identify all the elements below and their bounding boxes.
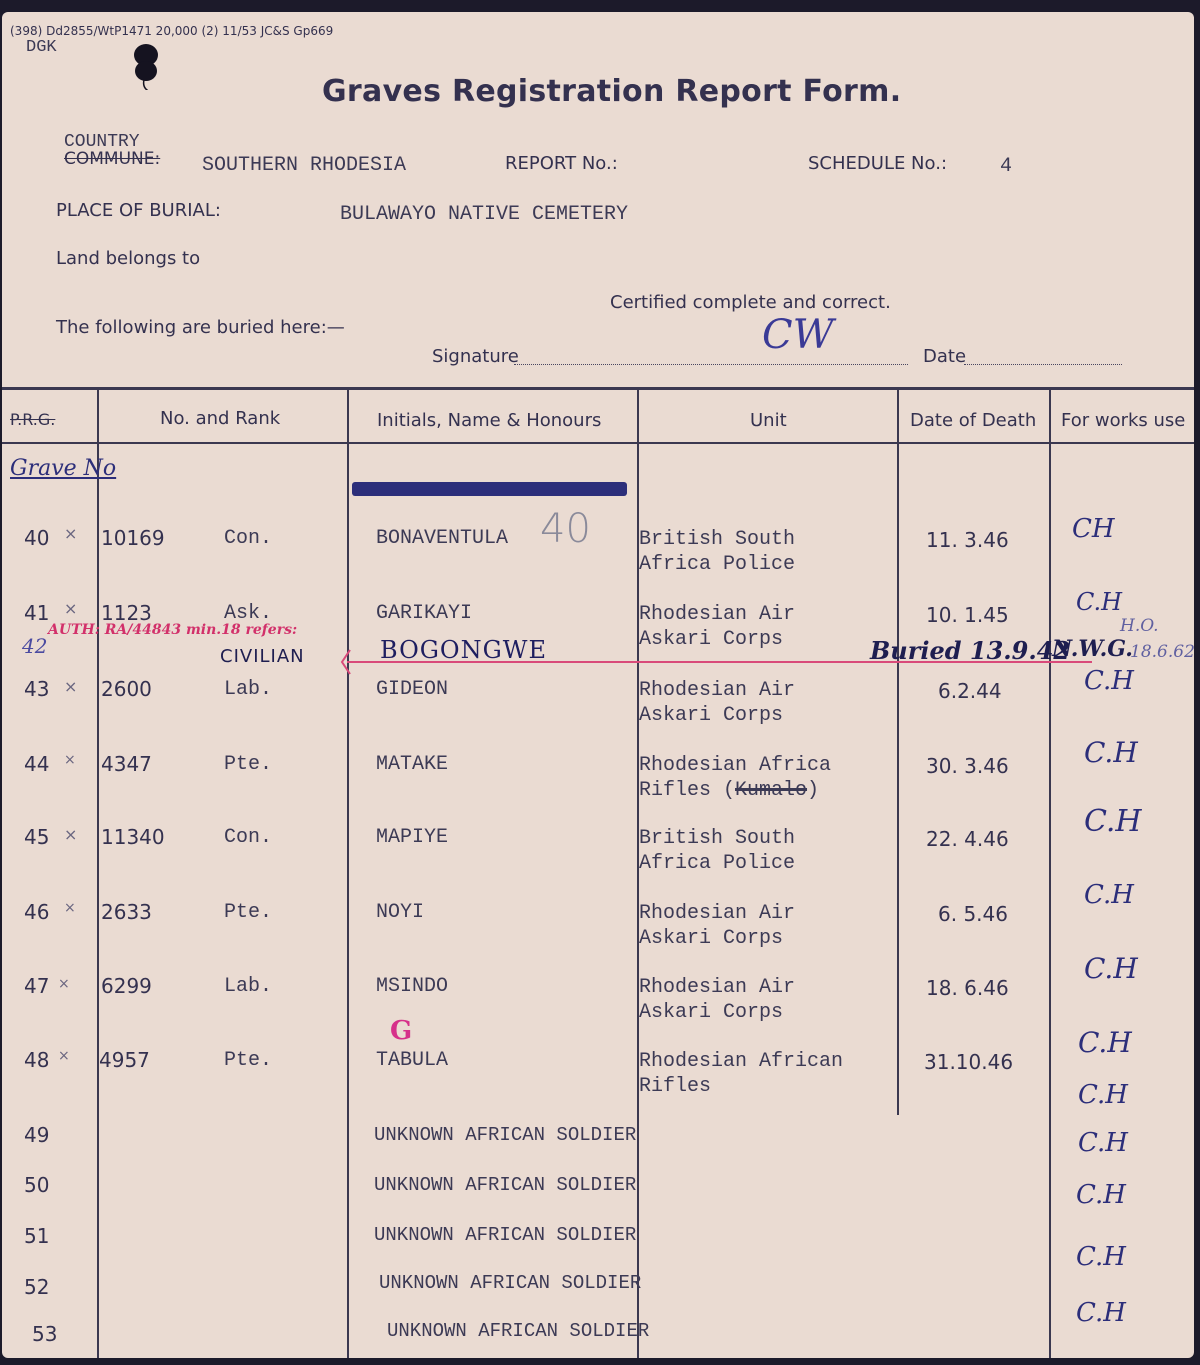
unit: Rhodesian Africa Rifles (Kumalo) [639, 753, 831, 803]
name: GARIKAYI [376, 602, 472, 625]
grave-number: 42 [22, 634, 47, 658]
grave-number: 49 [24, 1123, 49, 1147]
burial-date-note: Buried 13.9.42 [870, 636, 1070, 665]
unit: British SouthAfrica Police [639, 527, 795, 577]
check-mark: × [58, 1048, 70, 1064]
country-value: SOUTHERN RHODESIA [202, 154, 406, 177]
ho-date: 18.6.62 [1130, 642, 1195, 662]
name: UNKNOWN AFRICAN SOLDIER [379, 1272, 641, 1294]
authority-note: AUTH: RA/44843 min.18 refers: [48, 622, 297, 638]
unit-line-2: Askari Corps [639, 703, 795, 728]
rank: Pte. [224, 753, 272, 776]
scribbled-out-entry [352, 482, 627, 496]
header-bottom-rule [2, 442, 1194, 444]
col-divider-2 [347, 390, 349, 1358]
works-initials: C.H [1084, 880, 1134, 910]
name-correction-note: G [390, 1016, 412, 1046]
unit: British SouthAfrica Police [639, 826, 795, 876]
rank: Lab. [224, 975, 272, 998]
check-mark: × [64, 752, 76, 768]
report-form-sheet: (398) Dd2855/WtP1471 20,000 (2) 11/53 JC… [2, 12, 1194, 1358]
unit: Rhodesian AfricanRifles [639, 1049, 843, 1099]
name: UNKNOWN AFRICAN SOLDIER [374, 1124, 636, 1146]
name: BOGONGWE [380, 636, 547, 664]
works-initials: C.H [1076, 588, 1122, 616]
date-of-death: 6. 5.46 [938, 902, 1008, 926]
service-number: 6299 [101, 974, 152, 998]
name: MSINDO [376, 975, 448, 998]
header-prg: P.R.G. [10, 410, 55, 429]
works-initials: C.H [1084, 804, 1142, 839]
struck-out-text: Kumalo [735, 779, 807, 802]
rank: Pte. [224, 901, 272, 924]
unit-line-2: Rifles [639, 1074, 843, 1099]
works-initials: C.H [1078, 1026, 1132, 1059]
works-initials: C.H [1076, 1298, 1126, 1328]
works-initials: C.H [1076, 1180, 1126, 1210]
schedule-no-value: 4 [1000, 155, 1012, 178]
grave-no-note: Grave No [10, 456, 116, 481]
civilian-label: CIVILIAN [220, 646, 305, 667]
initials-stamp: DGK [26, 38, 57, 57]
signature-line [514, 364, 908, 365]
rank: Pte. [224, 1049, 272, 1072]
name: BONAVENTULA [376, 527, 508, 550]
works-initials: C.H [1078, 1128, 1128, 1158]
service-number: 2600 [101, 677, 152, 701]
name: MATAKE [376, 753, 448, 776]
buried-here-label: The following are buried here:— [56, 317, 345, 338]
col-divider-4 [897, 390, 899, 1115]
grave-number: 47 [24, 974, 49, 998]
works-initials: C.H [1076, 1242, 1126, 1272]
works-initials: C.H [1084, 736, 1138, 769]
header-unit: Unit [750, 410, 787, 431]
col-divider-1 [97, 390, 99, 1358]
grave-number: 46 [24, 900, 49, 924]
name: NOYI [376, 901, 424, 924]
signature-label: Signature [432, 346, 519, 367]
name: MAPIYE [376, 826, 448, 849]
grave-number: 44 [24, 752, 49, 776]
header-works: For works use [1061, 410, 1185, 431]
works-initials: N.W.G. [1052, 636, 1133, 662]
land-label: Land belongs to [56, 248, 200, 269]
unit-line-2: Rifles (Kumalo) [639, 778, 831, 803]
signature-value: CW [762, 312, 834, 358]
date-label: Date [923, 346, 966, 367]
date-of-death: 10. 1.45 [926, 603, 1009, 627]
check-mark: × [64, 825, 77, 844]
date-of-death: 18. 6.46 [926, 976, 1009, 1000]
unit-line-2: Askari Corps [639, 1000, 795, 1025]
works-initials: C.H [1084, 666, 1134, 696]
name: GIDEON [376, 678, 448, 701]
works-initials: C.H [1084, 952, 1138, 985]
service-number: 4347 [101, 752, 152, 776]
unit-line-1: Rhodesian Air [639, 678, 795, 703]
unit: Rhodesian AirAskari Corps [639, 975, 795, 1025]
form-title: Graves Registration Report Form. [322, 74, 901, 109]
unit-line-1: British South [639, 527, 795, 552]
unit-line-1: Rhodesian Air [639, 602, 795, 627]
arrow-left-icon [340, 648, 352, 676]
unit-line-1: British South [639, 826, 795, 851]
date-of-death: 11. 3.46 [926, 528, 1009, 552]
unit-line-2: Africa Police [639, 851, 795, 876]
grave-number: 51 [24, 1224, 49, 1248]
schedule-no-label: SCHEDULE No.: [808, 153, 947, 174]
service-number: 10169 [101, 526, 165, 550]
grave-number: 53 [32, 1322, 57, 1346]
name: UNKNOWN AFRICAN SOLDIER [387, 1320, 649, 1342]
service-number: 4957 [99, 1048, 150, 1072]
check-mark: × [58, 976, 70, 992]
col-divider-5 [1049, 390, 1051, 1358]
unit-line-1: Rhodesian Air [639, 975, 795, 1000]
rank: Con. [224, 826, 272, 849]
date-of-death: 22. 4.46 [926, 827, 1009, 851]
grave-number: 41 [24, 601, 49, 625]
works-initials: CH [1072, 514, 1115, 544]
header-name: Initials, Name & Honours [377, 410, 601, 431]
unit: Rhodesian AirAskari Corps [639, 678, 795, 728]
grave-number: 50 [24, 1173, 49, 1197]
ho-note: H.O. [1120, 616, 1159, 636]
check-mark: × [64, 524, 77, 543]
date-of-death: 31.10.46 [924, 1050, 1013, 1074]
name-pencil-note: 40 [540, 506, 591, 552]
place-value: BULAWAYO NATIVE CEMETERY [340, 203, 628, 226]
grave-number: 40 [24, 526, 49, 550]
header-date: Date of Death [910, 410, 1036, 431]
date-line [964, 364, 1122, 365]
place-label: PLACE OF BURIAL: [56, 200, 221, 221]
unit-line-2: Askari Corps [639, 926, 795, 951]
table-top-rule [2, 387, 1194, 390]
check-mark: × [64, 677, 77, 696]
rank: Lab. [224, 678, 272, 701]
name: UNKNOWN AFRICAN SOLDIER [374, 1224, 636, 1246]
header-no-rank: No. and Rank [160, 408, 280, 429]
commune-label-struck: COMMUNE: [64, 151, 160, 168]
service-number: 11340 [101, 825, 165, 849]
date-of-death: 30. 3.46 [926, 754, 1009, 778]
rank: Con. [224, 527, 272, 550]
grave-number: 45 [24, 825, 49, 849]
check-mark: × [64, 599, 77, 618]
date-of-death: 6.2.44 [938, 679, 1002, 703]
unit-line-1: Rhodesian African [639, 1049, 843, 1074]
report-no-label: REPORT No.: [505, 153, 618, 174]
grave-number: 52 [24, 1275, 49, 1299]
certified-text: Certified complete and correct. [610, 292, 891, 313]
service-number: 2633 [101, 900, 152, 924]
works-initials: C.H [1078, 1080, 1128, 1110]
grave-number: 48 [24, 1048, 49, 1072]
unit-line-1: Rhodesian Air [639, 901, 795, 926]
print-code: (398) Dd2855/WtP1471 20,000 (2) 11/53 JC… [10, 24, 333, 38]
unit-line-1: Rhodesian Africa [639, 753, 831, 778]
unit: Rhodesian AirAskari Corps [639, 901, 795, 951]
unit-line-2: Africa Police [639, 552, 795, 577]
name: TABULA [376, 1049, 448, 1072]
grave-number: 43 [24, 677, 49, 701]
unit: Rhodesian AirAskari Corps [639, 602, 795, 652]
unit-line-2: Askari Corps [639, 627, 795, 652]
check-mark: × [64, 900, 76, 916]
country-label: COUNTRY COMMUNE: [64, 134, 160, 168]
name: UNKNOWN AFRICAN SOLDIER [374, 1174, 636, 1196]
punch-hole-icon [132, 44, 162, 90]
